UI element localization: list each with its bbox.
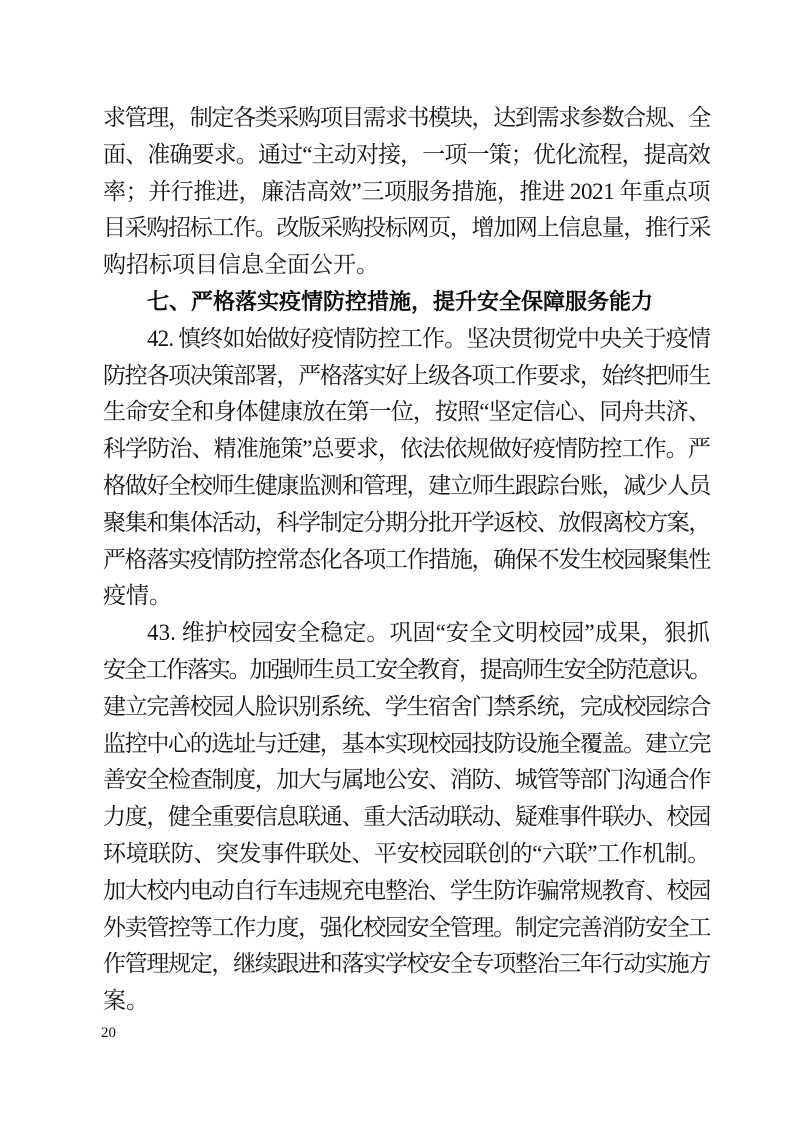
text-line: 43. 维护校园安全稳定。巩固“安全文明校园”成果，狠抓 xyxy=(103,615,710,652)
text-line-content: 善安全检查制度，加大与属地公安、消防、城管等部门沟通合作 xyxy=(103,762,710,799)
document-text: 求管理，制定各类采购项目需求书模块，达到需求参数合规、全面、准确要求。通过“主动… xyxy=(103,100,710,1020)
text-line-content: 疫情。 xyxy=(103,578,172,615)
text-line: 购招标项目信息全面公开。 xyxy=(103,247,710,284)
text-line: 加大校内电动自行车违规充电整治、学生防诈骗常规教育、校园 xyxy=(103,873,710,910)
text-line: 格做好全校师生健康监测和管理，建立师生跟踪台账，减少人员 xyxy=(103,468,710,505)
text-line-content: 防控各项决策部署，严格落实好上级各项工作要求，始终把师生 xyxy=(103,358,710,395)
text-line-content: 监控中心的选址与迁建，基本实现校园技防设施全覆盖。建立完 xyxy=(103,726,710,763)
text-line-content: 面、准确要求。通过“主动对接，一项一策；优化流程，提高效 xyxy=(103,137,710,174)
text-line: 防控各项决策部署，严格落实好上级各项工作要求，始终把师生 xyxy=(103,358,710,395)
text-line: 案。 xyxy=(103,983,710,1020)
text-line: 目采购招标工作。改版采购投标网页，增加网上信息量，推行采 xyxy=(103,210,710,247)
paragraph: 43. 维护校园安全稳定。巩固“安全文明校园”成果，狠抓安全工作落实。加强师生员… xyxy=(103,615,710,1020)
text-line-content: 目采购招标工作。改版采购投标网页，增加网上信息量，推行采 xyxy=(103,210,710,247)
text-line: 求管理，制定各类采购项目需求书模块，达到需求参数合规、全 xyxy=(103,100,710,137)
text-line-content: 求管理，制定各类采购项目需求书模块，达到需求参数合规、全 xyxy=(103,100,710,137)
document-page: 求管理，制定各类采购项目需求书模块，达到需求参数合规、全面、准确要求。通过“主动… xyxy=(0,0,793,1122)
text-line-content: 加大校内电动自行车违规充电整治、学生防诈骗常规教育、校园 xyxy=(103,873,710,910)
text-line: 疫情。 xyxy=(103,578,710,615)
text-line-content: 环境联防、突发事件联处、平安校园联创的“六联”工作机制。 xyxy=(103,836,710,873)
text-line-content: 外卖管控等工作力度，强化校园安全管理。制定完善消防安全工 xyxy=(103,910,710,947)
text-line-content: 格做好全校师生健康监测和管理，建立师生跟踪台账，减少人员 xyxy=(103,468,710,505)
text-line-content: 生命安全和身体健康放在第一位，按照“坚定信心、同舟共济、 xyxy=(103,394,710,431)
text-line: 监控中心的选址与迁建，基本实现校园技防设施全覆盖。建立完 xyxy=(103,726,710,763)
text-line: 建立完善校园人脸识别系统、学生宿舍门禁系统，完成校园综合 xyxy=(103,689,710,726)
text-line: 安全工作落实。加强师生员工安全教育，提高师生安全防范意识。 xyxy=(103,652,710,689)
text-line: 生命安全和身体健康放在第一位，按照“坚定信心、同舟共济、 xyxy=(103,394,710,431)
text-line: 科学防治、精准施策”总要求，依法依规做好疫情防控工作。严 xyxy=(103,431,710,468)
text-line: 外卖管控等工作力度，强化校园安全管理。制定完善消防安全工 xyxy=(103,910,710,947)
text-line-content: 聚集和集体活动，科学制定分期分批开学返校、放假离校方案， xyxy=(103,505,710,542)
text-line-content: 43. 维护校园安全稳定。巩固“安全文明校园”成果，狠抓 xyxy=(147,615,710,652)
page-number: 20 xyxy=(101,1022,116,1044)
text-line: 作管理规定，继续跟进和落实学校安全专项整治三年行动实施方 xyxy=(103,946,710,983)
text-line: 环境联防、突发事件联处、平安校园联创的“六联”工作机制。 xyxy=(103,836,710,873)
text-line-content: 案。 xyxy=(103,983,149,1020)
text-line-content: 力度，健全重要信息联通、重大活动联动、疑难事件联办、校园 xyxy=(103,799,710,836)
text-line-content: 作管理规定，继续跟进和落实学校安全专项整治三年行动实施方 xyxy=(103,946,710,983)
text-line-content: 率；并行推进，廉洁高效”三项服务措施，推进 2021 年重点项 xyxy=(103,174,710,211)
section-heading: 七、严格落实疫情防控措施，提升安全保障服务能力 xyxy=(103,284,710,321)
text-line-content: 安全工作落实。加强师生员工安全教育，提高师生安全防范意识。 xyxy=(103,652,710,689)
paragraph: 42. 慎终如始做好疫情防控工作。坚决贯彻党中央关于疫情防控各项决策部署，严格落… xyxy=(103,321,710,615)
text-line: 善安全检查制度，加大与属地公安、消防、城管等部门沟通合作 xyxy=(103,762,710,799)
text-line-content: 严格落实疫情防控常态化各项工作措施，确保不发生校园聚集性 xyxy=(103,542,710,579)
text-line: 力度，健全重要信息联通、重大活动联动、疑难事件联办、校园 xyxy=(103,799,710,836)
text-line: 42. 慎终如始做好疫情防控工作。坚决贯彻党中央关于疫情 xyxy=(103,321,710,358)
paragraph: 求管理，制定各类采购项目需求书模块，达到需求参数合规、全面、准确要求。通过“主动… xyxy=(103,100,710,284)
text-line-content: 购招标项目信息全面公开。 xyxy=(103,247,379,284)
text-line: 率；并行推进，廉洁高效”三项服务措施，推进 2021 年重点项 xyxy=(103,174,710,211)
text-line: 聚集和集体活动，科学制定分期分批开学返校、放假离校方案， xyxy=(103,505,710,542)
text-line-content: 建立完善校园人脸识别系统、学生宿舍门禁系统，完成校园综合 xyxy=(103,689,710,726)
text-line-content: 42. 慎终如始做好疫情防控工作。坚决贯彻党中央关于疫情 xyxy=(147,321,710,358)
text-line: 严格落实疫情防控常态化各项工作措施，确保不发生校园聚集性 xyxy=(103,542,710,579)
text-line: 面、准确要求。通过“主动对接，一项一策；优化流程，提高效 xyxy=(103,137,710,174)
text-line-content: 科学防治、精准施策”总要求，依法依规做好疫情防控工作。严 xyxy=(103,431,710,468)
